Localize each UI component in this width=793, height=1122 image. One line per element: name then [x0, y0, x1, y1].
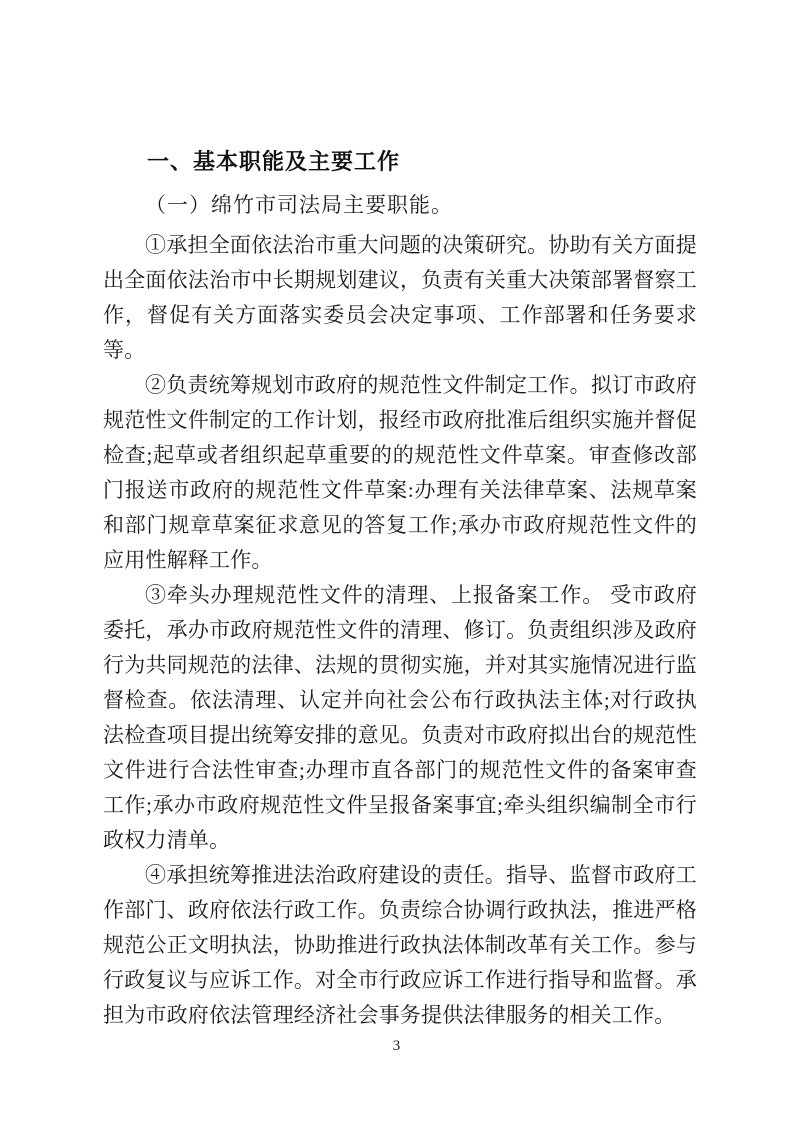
document-body: 一、基本职能及主要工作 （一）绵竹市司法局主要职能。 ①承担全面依法治市重大问题…: [103, 148, 697, 1033]
document-page: 一、基本职能及主要工作 （一）绵竹市司法局主要职能。 ①承担全面依法治市重大问题…: [0, 0, 793, 1122]
body-paragraph-4: ④承担统筹推进法治政府建设的责任。指导、监督市政府工作部门、政府依法行政工作。负…: [103, 858, 697, 1033]
body-paragraph-3: ③牵头办理规范性文件的清理、上报备案工作。 受市政府委托，承办市政府规范性文件的…: [103, 578, 697, 858]
body-paragraph-2: ②负责统筹规划市政府的规范性文件制定工作。拟订市政府规范性文件制定的工作计划，报…: [103, 368, 697, 578]
page-number: 3: [0, 1036, 793, 1056]
body-paragraph-1: ①承担全面依法治市重大问题的决策研究。协助有关方面提出全面依法治市中长期规划建议…: [103, 228, 697, 368]
section-subheading: （一）绵竹市司法局主要职能。: [103, 190, 697, 220]
section-heading: 一、基本职能及主要工作: [147, 148, 697, 176]
